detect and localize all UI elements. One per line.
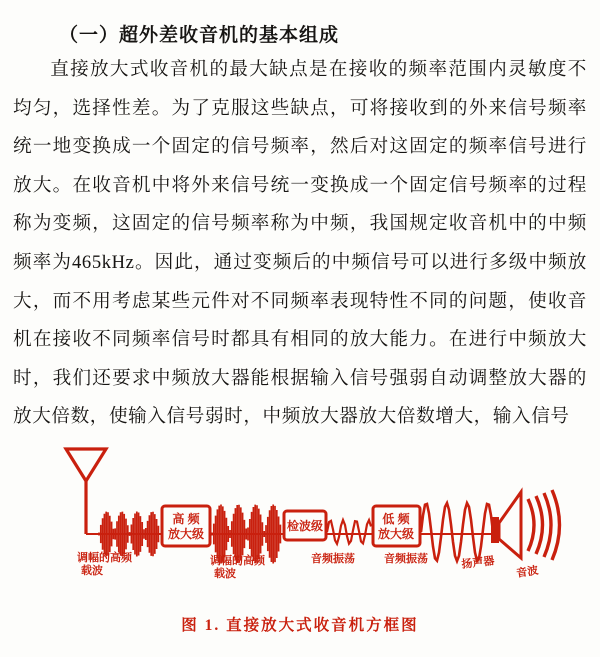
audio-wave-1 [327,520,371,544]
label-audio-wave-1: 音频振荡 [311,551,355,565]
audio-wave-2 [421,503,493,561]
label-am-wave-1-line2: 载波 [81,563,103,577]
block-lf-amplifier-label-2: 放大级 [378,526,414,541]
label-speaker: 扬声器 [461,553,495,571]
block-lf-amplifier: 低 频 放大级 [373,506,420,546]
label-sound-wave: 音波 [515,563,539,580]
figure-caption: 图 1. 直接放大式收音机方框图 [13,613,587,635]
antenna-icon [66,449,106,534]
block-detector-label: 检波级 [287,518,323,533]
label-am-wave-2-line2: 载波 [214,566,236,580]
block-hf-amplifier-label-2: 放大级 [168,526,204,541]
block-detector: 检波级 [284,511,326,540]
block-hf-amplifier-label-1: 高 频 [172,511,200,526]
figure-block-diagram: 高 频 放大级 检波级 低 频 放大级 [13,439,587,635]
body-paragraph: 直接放大式收音机的最大缺点是在接收的频率范围内灵敏度不均匀，选择性差。为了克服这… [13,51,587,437]
block-diagram-svg: 高 频 放大级 检波级 低 频 放大级 [13,439,600,611]
speaker-icon [491,490,560,560]
section-heading: （一）超外差收音机的基本组成 [59,20,587,47]
block-lf-amplifier-label-1: 低 频 [382,511,410,526]
document-page: （一）超外差收音机的基本组成 直接放大式收音机的最大缺点是在接收的频率范围内灵敏… [0,0,600,635]
label-am-wave-1-line1: 调幅的高频 [77,550,133,564]
label-am-wave-2-line1: 调幅的高频 [210,553,266,567]
label-audio-wave-2: 音频振荡 [384,551,428,565]
block-hf-amplifier: 高 频 放大级 [162,506,210,546]
